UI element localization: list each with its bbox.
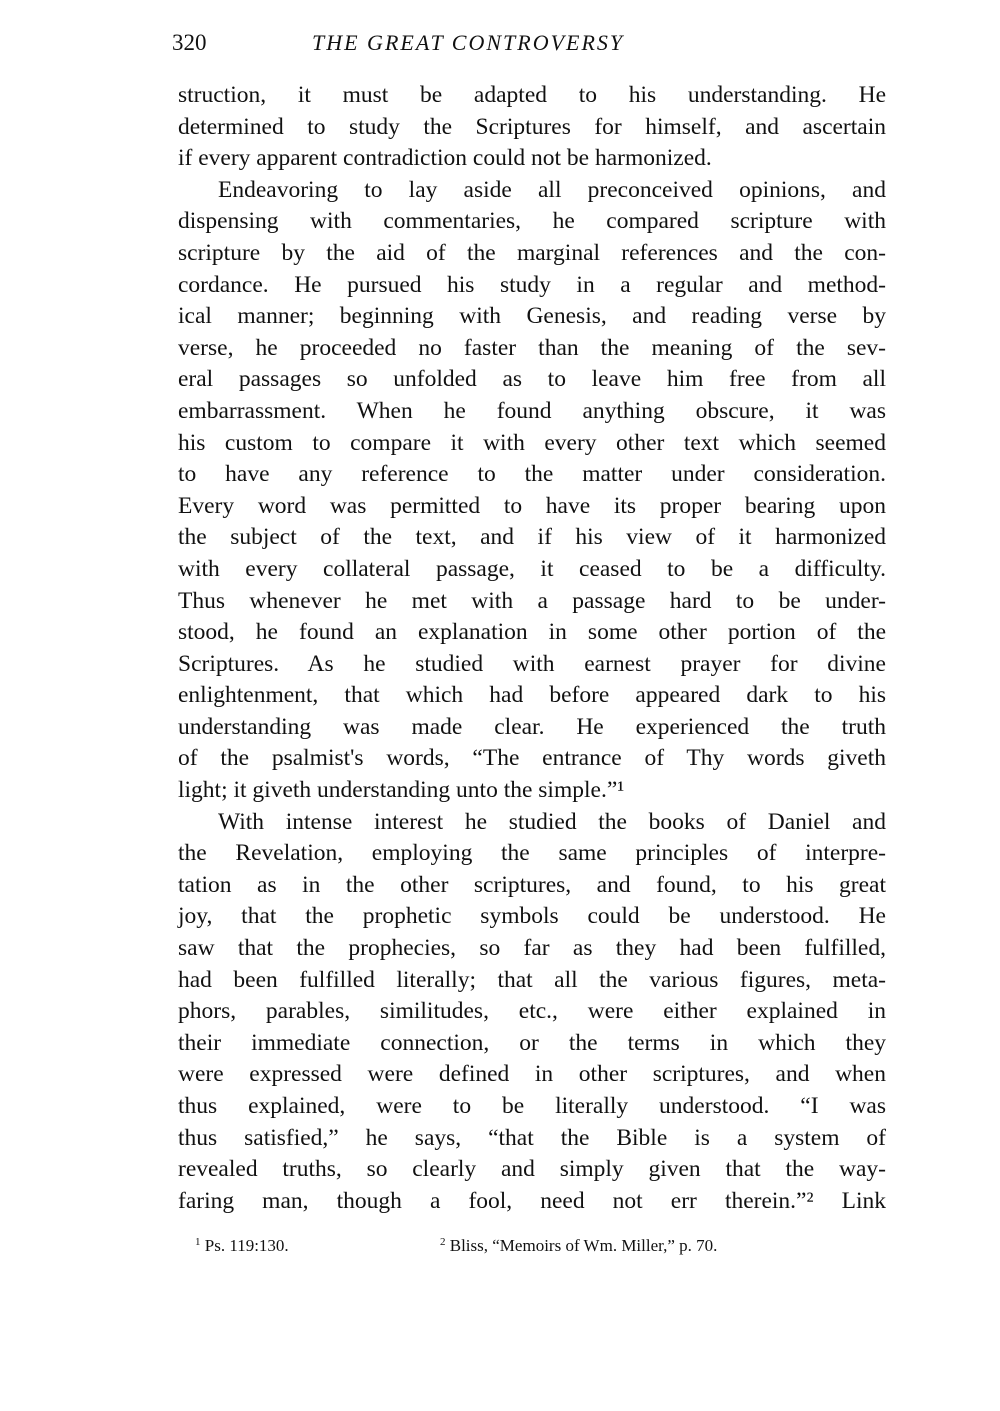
text-line: eral passages so unfolded as to leave hi… — [178, 364, 886, 396]
text-line: struction, it must be adapted to his und… — [178, 80, 886, 112]
text-line: if every apparent contradiction could no… — [178, 143, 886, 175]
footnote-marker: 2 — [440, 1236, 446, 1248]
footnote-2: 2 Bliss, “Memoirs of Wm. Miller,” p. 70. — [440, 1236, 717, 1256]
text-line: tation as in the other scriptures, and f… — [178, 870, 886, 902]
text-line: their immediate connection, or the terms… — [178, 1028, 886, 1060]
text-line: With intense interest he studied the boo… — [178, 807, 886, 839]
book-page: 320 THE GREAT CONTROVERSY struction, it … — [0, 0, 1000, 1411]
text-line: Every word was permitted to have its pro… — [178, 491, 886, 523]
text-line: understanding was made clear. He experie… — [178, 712, 886, 744]
text-line: verse, he proceeded no faster than the m… — [178, 333, 886, 365]
footnote-text: Bliss, “Memoirs of Wm. Miller,” p. 70. — [450, 1236, 718, 1255]
text-line: enlightenment, that which had before app… — [178, 680, 886, 712]
text-line: phors, parables, similitudes, etc., were… — [178, 996, 886, 1028]
text-line: joy, that the prophetic symbols could be… — [178, 901, 886, 933]
running-title: THE GREAT CONTROVERSY — [312, 30, 624, 56]
footnote-text: Ps. 119:130. — [205, 1236, 289, 1255]
text-line: dispensing with commentaries, he compare… — [178, 206, 886, 238]
text-line: Thus whenever he met with a passage hard… — [178, 586, 886, 618]
text-line: light; it giveth understanding unto the … — [178, 775, 886, 807]
text-line: of the psalmist's words, “The entrance o… — [178, 743, 886, 775]
text-line: had been fulfilled literally; that all t… — [178, 965, 886, 997]
page-header: 320 THE GREAT CONTROVERSY — [172, 30, 888, 64]
text-line: to have any reference to the matter unde… — [178, 459, 886, 491]
text-line: scripture by the aid of the marginal ref… — [178, 238, 886, 270]
text-line: Endeavoring to lay aside all preconceive… — [178, 175, 886, 207]
text-line: the Revelation, employing the same princ… — [178, 838, 886, 870]
text-line: the subject of the text, and if his view… — [178, 522, 886, 554]
text-line: with every collateral passage, it ceased… — [178, 554, 886, 586]
text-line: thus satisfied,” he says, “that the Bibl… — [178, 1123, 886, 1155]
text-line: were expressed were defined in other scr… — [178, 1059, 886, 1091]
text-line: revealed truths, so clearly and simply g… — [178, 1154, 886, 1186]
text-line: cordance. He pursued his study in a regu… — [178, 270, 886, 302]
text-line: saw that the prophecies, so far as they … — [178, 933, 886, 965]
text-line: ical manner; beginning with Genesis, and… — [178, 301, 886, 333]
page-number: 320 — [172, 30, 207, 56]
text-line: stood, he found an explanation in some o… — [178, 617, 886, 649]
footnote-1: 1 Ps. 119:130. — [195, 1236, 289, 1256]
text-line: Scriptures. As he studied with earnest p… — [178, 649, 886, 681]
text-line: his custom to compare it with every othe… — [178, 428, 886, 460]
text-line: embarrassment. When he found anything ob… — [178, 396, 886, 428]
footnote-marker: 1 — [195, 1236, 201, 1248]
body-text: struction, it must be adapted to his und… — [178, 80, 886, 1217]
text-line: faring man, though a fool, need not err … — [178, 1186, 886, 1218]
text-line: determined to study the Scriptures for h… — [178, 112, 886, 144]
text-line: thus explained, were to be literally und… — [178, 1091, 886, 1123]
